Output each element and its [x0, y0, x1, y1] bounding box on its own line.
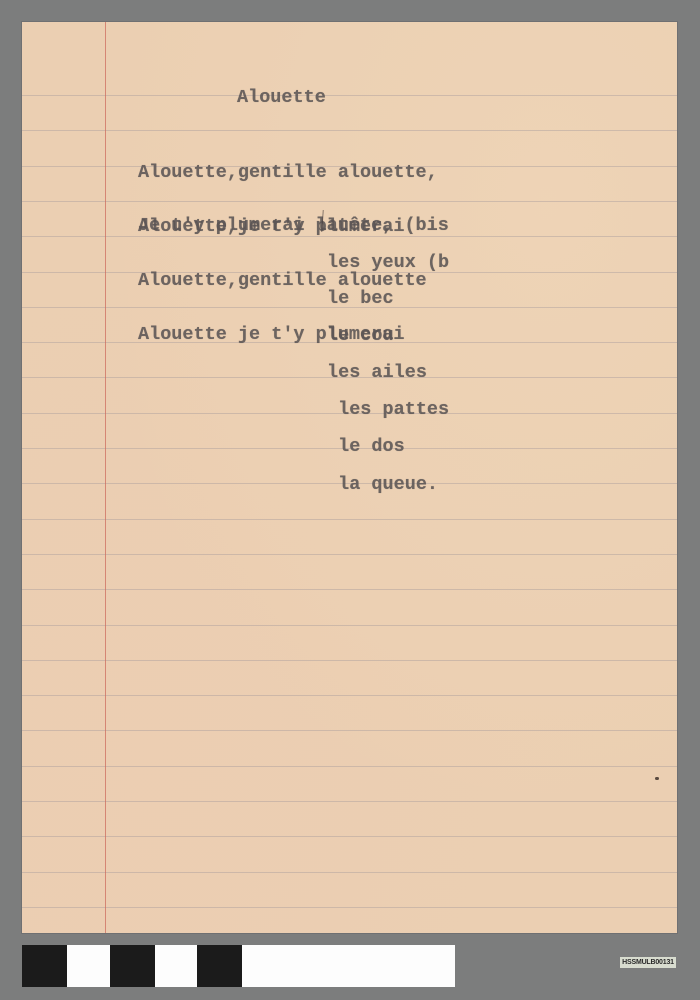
- ruled-line: [22, 554, 677, 555]
- paper-speck: [655, 777, 659, 780]
- paper-sheet: Alouette Alouette,gentille alouette, Alo…: [22, 22, 677, 933]
- ruled-line: [22, 766, 677, 767]
- calibration-white-strip: [242, 945, 455, 987]
- ruled-line: [22, 589, 677, 590]
- calibration-white-patch: [67, 945, 110, 987]
- body-part-line: le bec: [327, 290, 394, 308]
- calibration-black-patch: [110, 945, 155, 987]
- body-part-line: les ailes: [327, 364, 427, 382]
- calibration-white-patch: [155, 945, 197, 987]
- body-part-line: le dos: [327, 438, 405, 456]
- song-title: Alouette: [237, 89, 326, 107]
- ruled-line: [22, 625, 677, 626]
- calibration-black-patch: [22, 945, 67, 987]
- ruled-line: [22, 801, 677, 802]
- margin-line: [105, 22, 106, 933]
- body-part-line: la queue.: [327, 476, 438, 494]
- body-part-line: les pattes: [327, 401, 449, 419]
- ruled-line: [22, 907, 677, 908]
- body-part-line: le cou: [327, 327, 394, 345]
- ruled-line: [22, 95, 677, 96]
- body-part-line: les yeux (b: [327, 254, 449, 272]
- ruled-line: [22, 730, 677, 731]
- verse-line: Alouette,gentille alouette,: [138, 164, 438, 182]
- ruled-line: [22, 660, 677, 661]
- ruled-line: [22, 872, 677, 873]
- ruled-line: [22, 519, 677, 520]
- archive-id-label: HSSMULB00131: [620, 957, 676, 968]
- ruled-line: [22, 695, 677, 696]
- calibration-black-patch: [197, 945, 242, 987]
- ruled-line: [22, 836, 677, 837]
- chorus-line: Je t'y plumerai latête, (bis: [138, 217, 449, 235]
